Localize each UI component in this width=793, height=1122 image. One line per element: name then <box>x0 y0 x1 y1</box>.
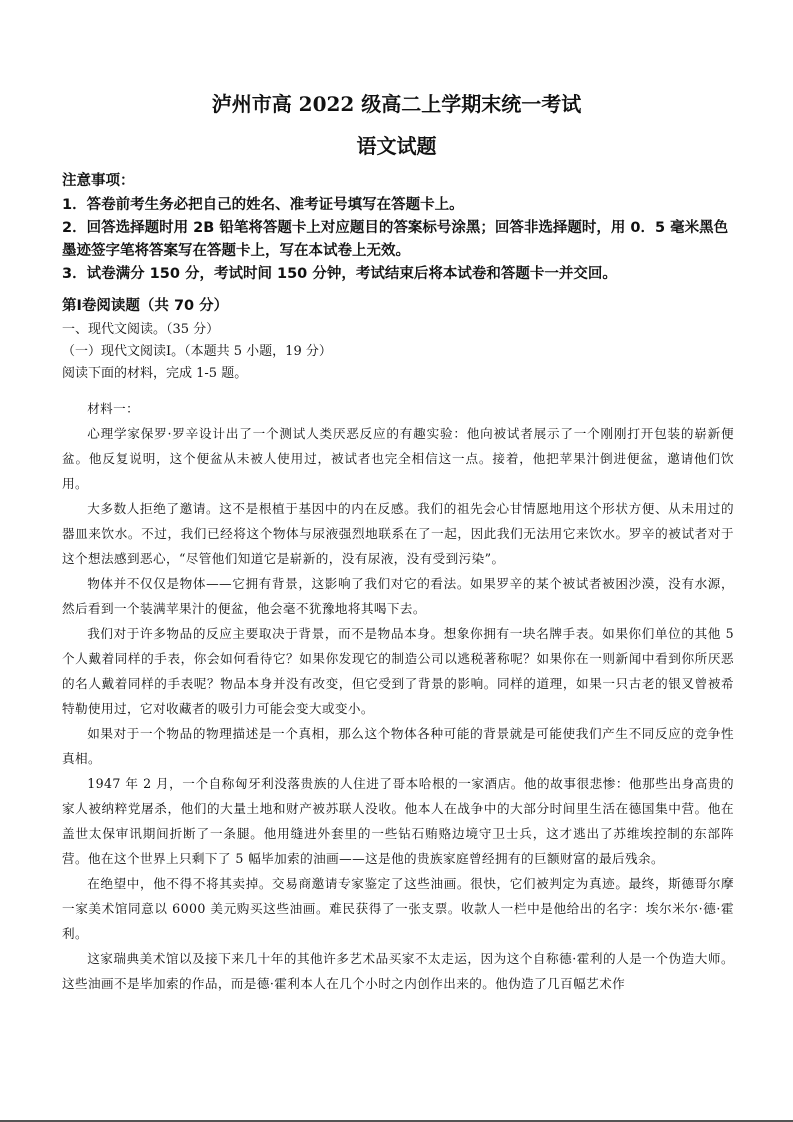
notice-item: 1．答卷前考生务必把自己的姓名、准考证号填写在答题卡上。 <box>62 194 742 217</box>
paragraph: 在绝望中，他不得不将其卖掉。交易商邀请专家鉴定了这些油画。很快，它们被判定为真迹… <box>62 871 734 946</box>
exam-subject: 语文试题 <box>0 130 793 159</box>
paragraph: 物体并不仅仅是物体——它拥有背景，这影响了我们对它的看法。如果罗辛的某个被试者被… <box>62 571 734 621</box>
notice-list: 1．答卷前考生务必把自己的姓名、准考证号填写在答题卡上。 2．回答选择题时用 2… <box>62 194 742 286</box>
material-label: 材料一： <box>62 396 734 421</box>
section-heading: 第Ⅰ卷阅读题（共 70 分） <box>62 294 228 315</box>
exam-page: 泸州市高 2022 级高二上学期末统一考试 语文试题 注意事项： 1．答卷前考生… <box>0 0 793 1122</box>
reading-instruction: 阅读下面的材料，完成 1-5 题。 <box>62 363 742 385</box>
paragraph: 心理学家保罗·罗辛设计出了一个测试人类厌恶反应的有趣实验：他向被试者展示了一个刚… <box>62 421 734 496</box>
notice-item: 3．试卷满分 150 分，考试时间 150 分钟，考试结束后将本试卷和答题卡一并… <box>62 263 742 286</box>
paragraph: 这家瑞典美术馆以及接下来几十年的其他许多艺术品买家不太走运，因为这个自称德·霍利… <box>62 946 734 996</box>
section-meta: 一、现代文阅读。（35 分） （一）现代文阅读Ⅰ。（本题共 5 小题，19 分）… <box>62 319 742 385</box>
exam-title: 泸州市高 2022 级高二上学期末统一考试 <box>0 88 793 117</box>
notice-item: 2．回答选择题时用 2B 铅笔将答题卡上对应题目的答案标号涂黑；回答非选择题时，… <box>62 217 742 263</box>
paragraph: 我们对于许多物品的反应主要取决于背景，而不是物品本身。想象你拥有一块名牌手表。如… <box>62 621 734 721</box>
paragraph: 如果对于一个物品的物理描述是一个真相，那么这个物体各种可能的背景就是可能使我们产… <box>62 721 734 771</box>
notice-heading: 注意事项： <box>62 170 742 193</box>
part-heading: 一、现代文阅读。（35 分） <box>62 319 742 341</box>
material-body: 材料一： 心理学家保罗·罗辛设计出了一个测试人类厌恶反应的有趣实验：他向被试者展… <box>62 396 734 996</box>
subpart-heading: （一）现代文阅读Ⅰ。（本题共 5 小题，19 分） <box>62 341 742 363</box>
paragraph: 大多数人拒绝了邀请。这不是根植于基因中的内在反感。我们的祖先会心甘情愿地用这个形… <box>62 496 734 571</box>
paragraph: 1947 年 2 月，一个自称匈牙利没落贵族的人住进了哥本哈根的一家酒店。他的故… <box>62 771 734 871</box>
